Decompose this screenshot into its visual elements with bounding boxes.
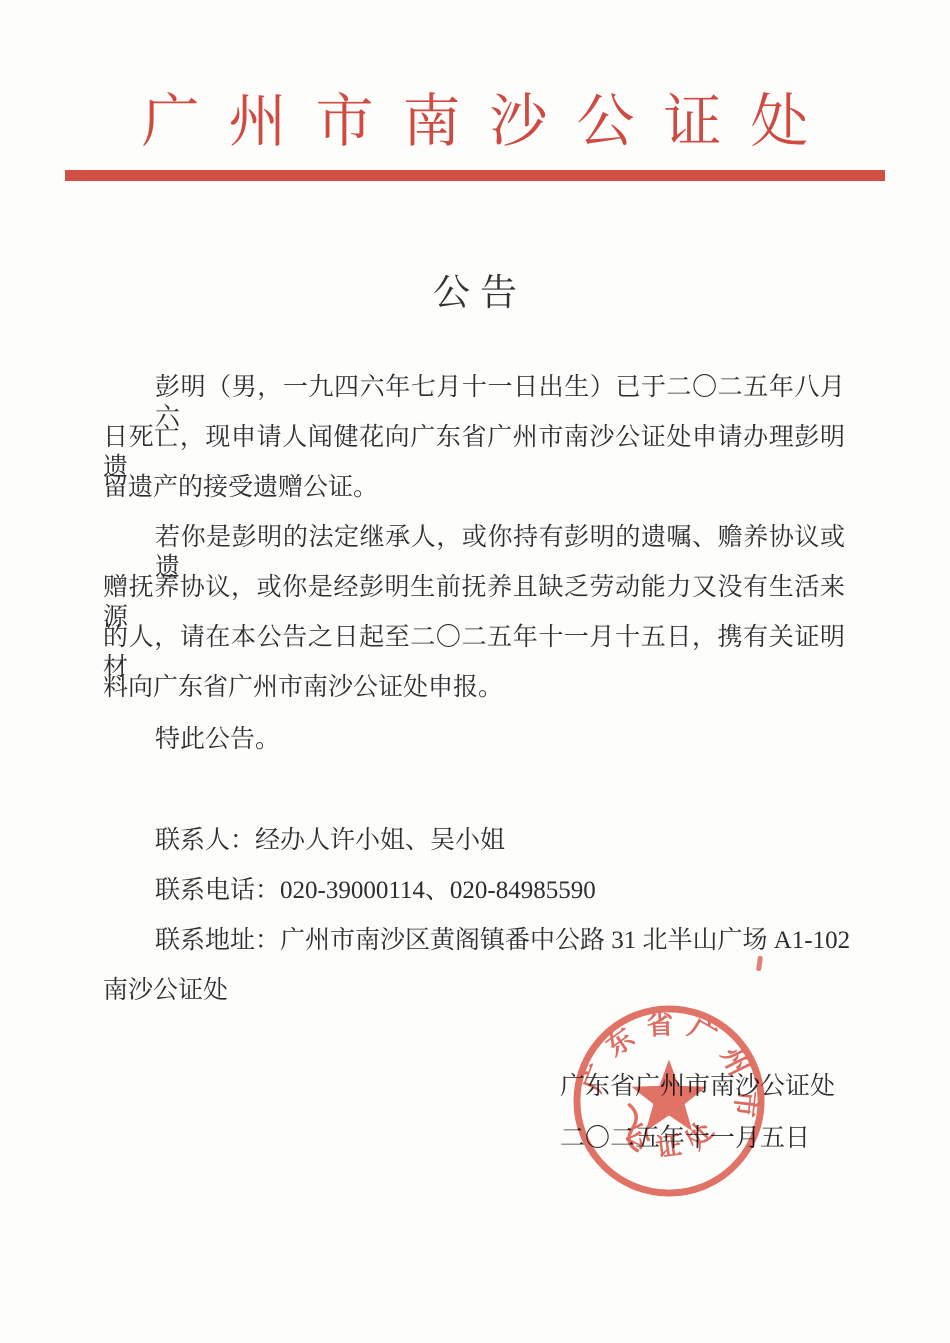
- notice-heading: 公告: [0, 262, 950, 316]
- contact-address-line-2: 南沙公证处: [103, 976, 228, 1006]
- stray-ink-mark: [756, 956, 763, 972]
- body-line: 料向广东省广州市南沙公证处申报。: [103, 673, 503, 703]
- closing-line: 特此公告。: [155, 725, 280, 755]
- office-title: 广州市南沙公证处: [0, 86, 950, 159]
- header-rule: [65, 170, 885, 181]
- contact-phone-line: 联系电话：020-39000114、020-84985590: [155, 876, 596, 906]
- notary-seal: 广东省广州市南沙 公证处: [568, 1002, 770, 1200]
- contact-person-line: 联系人：经办人许小姐、吴小姐: [155, 826, 505, 856]
- notarial-announcement-page: 广州市南沙公证处 公告 彭明（男，一九四六年七月十一日出生）已于二〇二五年八月六…: [0, 0, 950, 1343]
- contact-address-line: 联系地址：广州市南沙区黄阁镇番中公路 31 北半山广场 A1-102: [155, 926, 845, 956]
- body-line: 留遗产的接受遗赠公证。: [103, 473, 378, 503]
